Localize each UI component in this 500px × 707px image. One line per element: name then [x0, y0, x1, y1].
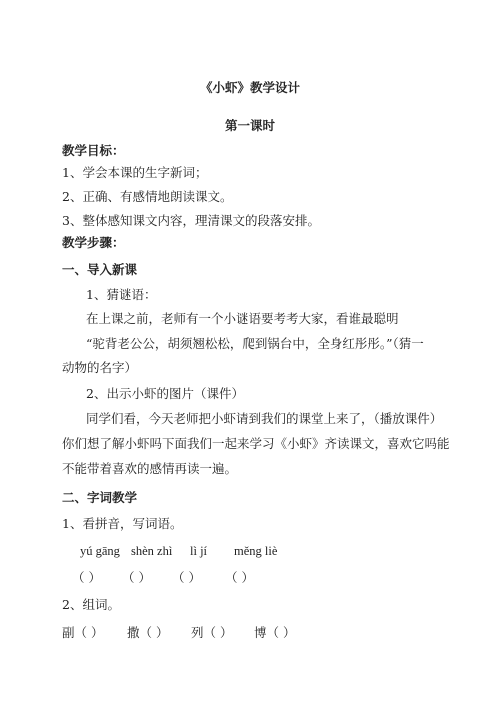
word-blank[interactable]: 列（ ）: [191, 623, 232, 641]
section2-item2: 2、组词。: [62, 597, 120, 613]
word-blank[interactable]: 博（ ）: [254, 623, 295, 641]
objectives-heading: 教学目标：: [62, 143, 125, 159]
document-title: 《小虾》教学设计: [0, 80, 500, 96]
section1-para2-cont: 不能带着喜欢的感情再读一遍。: [62, 461, 237, 477]
pinyin-2: shèn zhì: [131, 544, 172, 559]
section2-heading: 二、字词教学: [62, 490, 137, 506]
answer-blank[interactable]: （ ）: [122, 568, 151, 586]
objective-item: 1、学会本课的生字新词；: [62, 165, 207, 181]
section1-para2-cont: 你们想了解小虾吗下面我们一起来学习《小虾》齐读课文，喜欢它吗能: [62, 436, 450, 452]
riddle-line1: “驼背老公公，胡须翘松松，爬到锅台中，全身红彤彤。”（猜一: [86, 336, 424, 352]
riddle-line2: 动物的名字）: [62, 360, 137, 376]
section1-para2: 同学们看，今天老师把小虾请到我们的课堂上来了，（播放课件）: [86, 411, 442, 427]
answer-blank[interactable]: （ ）: [72, 568, 101, 586]
pinyin-1: yú gāng: [80, 544, 120, 559]
pinyin-4: měng liè: [234, 544, 277, 559]
section1-item2: 2、出示小虾的图片（课件）: [86, 386, 244, 402]
objective-item: 2、正确、有感情地朗读课文。: [62, 189, 232, 205]
steps-heading: 教学步骤：: [62, 235, 125, 251]
section1-item1: 1、猜谜语：: [86, 287, 156, 303]
lesson-subtitle: 第一课时: [0, 118, 500, 134]
word-blank[interactable]: 副（ ）: [62, 623, 103, 641]
section2-item1: 1、看拼音，写词语。: [62, 516, 182, 532]
pinyin-3: lì jí: [190, 544, 207, 559]
section1-heading: 一、导入新课: [62, 262, 137, 278]
answer-blank[interactable]: （ ）: [172, 568, 201, 586]
objective-item: 3、整体感知课文内容，理清课文的段落安排。: [62, 213, 320, 229]
section1-para1: 在上课之前，老师有一个小谜语要考考大家，看谁最聪明: [86, 311, 399, 327]
word-blank[interactable]: 撒（ ）: [127, 623, 168, 641]
answer-blank[interactable]: （ ）: [225, 568, 254, 586]
